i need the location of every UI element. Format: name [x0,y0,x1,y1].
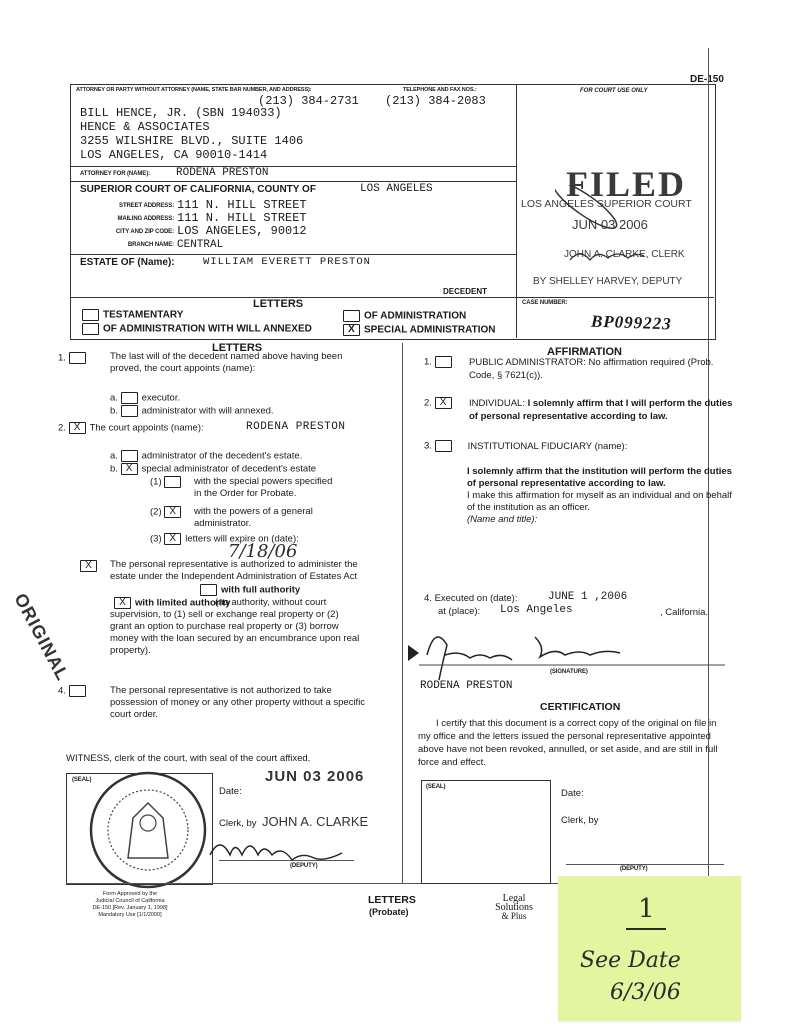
attorney-for-label: ATTORNEY FOR (Name): [80,171,150,177]
column-divider [402,343,403,883]
street-label: STREET ADDRESS: [96,203,174,209]
cert-seal-box [421,780,551,884]
mailing-label: MAILING ADDRESS: [96,216,174,222]
checkbox-affirm-2[interactable]: X [435,397,452,409]
executed-label: Executed on (date): [435,593,518,604]
court-use-label: FOR COURT USE ONLY [580,88,647,94]
divider [70,166,516,167]
clerk-signature-icon [205,830,355,870]
divider [70,297,714,298]
checkbox-item-1[interactable] [69,352,86,364]
footer-brand-logo: Legal Solutions & Plus [484,894,544,921]
witness-date-stamp: JUN 03 2006 [265,768,364,785]
checkbox-item-2[interactable]: X [69,422,86,434]
item-2-text: The court appoints (name): [90,423,204,434]
footer-line: Judicial Council of California [80,898,180,905]
item-3-full: with full authority [200,584,300,596]
affirm-3-text-2: I make this affirmation for myself as an… [467,490,732,514]
witness-clerk-name: JOHN A. CLARKE [262,814,368,829]
checkbox-item-2b1[interactable] [164,476,181,488]
executed-place: Los Angeles [500,604,573,616]
full-authority-text: with full authority [221,585,300,596]
city-label: CITY AND ZIP CODE: [90,229,174,235]
option-label: OF ADMINISTRATION WITH WILL ANNEXED [103,324,312,335]
branch-label: BRANCH NAME: [96,242,174,248]
filed-deputy: BY SHELLEY HARVEY, DEPUTY [533,276,682,287]
estate-name: WILLIAM EVERETT PRESTON [203,256,371,268]
letters-item-2: 2. XThe court appoints (name): [58,422,204,434]
estate-label-text: ESTATE OF (Name): [80,257,175,268]
affirm-3-name-title: (Name and title): [467,514,732,526]
affirmation-item-4: 4. Executed on (date): [424,593,517,604]
letters-item-4: 4. [58,685,90,697]
sticky-underline [626,928,666,930]
cert-seal-label: (SEAL) [426,784,445,790]
checkbox-item-2b2[interactable]: X [164,506,181,518]
signature-label: (SIGNATURE) [550,669,588,675]
california-text: , California. [660,607,708,618]
branch-value: CENTRAL [177,239,223,251]
item-2b-text: special administrator of decedent's esta… [142,464,317,475]
checkbox-testamentary[interactable] [82,309,99,321]
court-heading: SUPERIOR COURT OF CALIFORNIA, COUNTY OF [80,184,316,195]
filed-scribble-icon [555,185,665,275]
checkbox-item-2a[interactable] [121,450,138,462]
sticky-line-2: 6/3/06 [610,980,681,1005]
signature-icon [405,625,735,685]
court-county: LOS ANGELES [360,183,433,195]
witness-date-label: Date: [219,786,242,797]
checkbox-affirm-1[interactable] [435,356,452,368]
option-administration[interactable]: OF ADMINISTRATION [343,310,466,322]
affirmation-item-1: 1. [424,356,456,368]
witness-text: WITNESS, clerk of the court, with seal o… [66,753,310,764]
letters-item-3: X [80,560,101,572]
letters-item-2a: a. administrator of the decedent's estat… [110,450,302,462]
checkbox-item-1a[interactable] [121,392,138,404]
affirm-3-text: INSTITUTIONAL FIDUCIARY (name): [468,441,628,452]
letters-item-2b1: (1) [150,476,185,488]
affirmation-item-3: 3. INSTITUTIONAL FIDUCIARY (name): [424,440,627,452]
footer-approval: Form Approved by the Judicial Council of… [80,891,180,919]
letters-type-title: LETTERS [253,298,303,310]
attorney-firm: HENCE & ASSOCIATES [80,120,303,134]
street-value: 111 N. HILL STREET [177,198,307,212]
certification-text: I certify that this document is a correc… [418,717,730,769]
checkbox-item-1b[interactable] [121,405,138,417]
item-3-limited-desc: (no authority, without court supervision… [110,597,362,657]
item-1a-text: executor. [142,393,181,404]
affirm-2-lead: INDIVIDUAL: [469,398,525,409]
checkbox-will-annexed[interactable] [82,323,99,335]
estate-label: ESTATE OF (Name): [80,257,175,268]
checkbox-item-2b3[interactable]: X [164,533,181,545]
affirm-3-text-1: I solemnly affirm that the institution w… [467,466,732,490]
sticky-line-1: See Date [580,948,681,973]
item-2a-text: administrator of the decedent's estate. [142,451,303,462]
witness-clerk-label: Clerk, by [219,818,256,829]
sticky-note: 1 See Date 6/3/06 [558,876,741,1021]
option-label: OF ADMINISTRATION [364,311,466,322]
case-number-label: CASE NUMBER: [522,300,567,306]
option-label: TESTAMENTARY [103,310,183,321]
footer-line: DE-150 [Rev. January 1, 1998] [80,905,180,912]
attorney-street: 3255 WILSHIRE BLVD., SUITE 1406 [80,134,303,148]
letters-item-1: 1. [58,352,90,364]
letters-item-1a: a. executor. [110,392,180,404]
item-2b2-text: with the powers of a general administrat… [194,506,314,530]
cert-deputy-label: (DEPUTY) [620,866,648,872]
option-will-annexed[interactable]: OF ADMINISTRATION WITH WILL ANNEXED [82,323,312,335]
affirm-3-body: I solemnly affirm that the institution w… [467,466,732,526]
item-1b-text: administrator with will annexed. [142,406,274,417]
attorney-fax: (213) 384-2083 [385,94,486,108]
checkbox-item-4[interactable] [69,685,86,697]
certification-title: CERTIFICATION [540,701,620,713]
sticky-number: 1 [638,894,655,924]
decedent-label: DECEDENT [443,287,487,296]
mailing-value: 111 N. HILL STREET [177,211,307,225]
item-4-text: The personal representative is not autho… [110,685,370,721]
option-special-administration[interactable]: XSPECIAL ADMINISTRATION [343,324,495,336]
divider [70,181,516,182]
footer-title: LETTERS [368,894,416,906]
checkbox-special-administration[interactable]: X [343,324,360,336]
brand-line: & Plus [484,912,544,921]
city-value: LOS ANGELES, 90012 [177,224,307,238]
affirm-1-text: PUBLIC ADMINISTRATOR: No affirmation req… [469,356,729,382]
cert-date-label: Date: [561,788,584,799]
item-2b1-text: with the special powers specified in the… [194,476,334,500]
footer-line: Mandatory Use [1/1/2000] [80,912,180,919]
letters-item-1-text: The last will of the decedent named abov… [110,351,360,375]
checkbox-full-authority[interactable] [200,584,217,596]
place-label: at (place): [438,606,480,617]
checkbox-affirm-3[interactable] [435,440,452,452]
letters-item-2b2: (2) X [150,506,185,518]
letters-item-1b: b. administrator with will annexed. [110,405,274,417]
attorney-city: LOS ANGELES, CA 90010-1414 [80,148,303,162]
affirm-2-text: INDIVIDUAL: I solemnly affirm that I wil… [469,397,734,423]
checkbox-item-3[interactable]: X [80,560,97,572]
footer-subtitle: (Probate) [369,907,409,917]
original-stamp: ORIGINAL [9,590,73,685]
case-number: BP099223 [591,312,672,335]
letters-item-2b: b. Xspecial administrator of decedent's … [110,463,316,475]
executed-date: JUNE 1 ,2006 [548,591,627,603]
option-testamentary[interactable]: TESTAMENTARY [82,309,183,321]
option-label: SPECIAL ADMINISTRATION [364,325,495,336]
appointed-name: RODENA PRESTON [246,421,345,433]
attorney-label: ATTORNEY OR PARTY WITHOUT ATTORNEY (Name… [76,87,312,93]
phone-label: TELEPHONE AND FAX NOS.: [403,87,477,93]
cert-clerk-label: Clerk, by [561,815,598,826]
attorney-name: BILL HENCE, JR. (SBN 194033) [80,106,303,120]
footer-line: Form Approved by the [80,891,180,898]
attorney-address: BILL HENCE, JR. (SBN 194033) HENCE & ASS… [80,106,303,162]
checkbox-item-2b[interactable]: X [121,463,138,475]
attorney-for-value: RODENA PRESTON [176,167,268,179]
court-seal-icon [85,768,215,893]
signer-name: RODENA PRESTON [420,680,512,692]
checkbox-administration[interactable] [343,310,360,322]
divider [516,84,517,338]
affirmation-item-2: 2. X [424,397,456,409]
item-3-text: The personal representative is authorize… [110,559,360,583]
